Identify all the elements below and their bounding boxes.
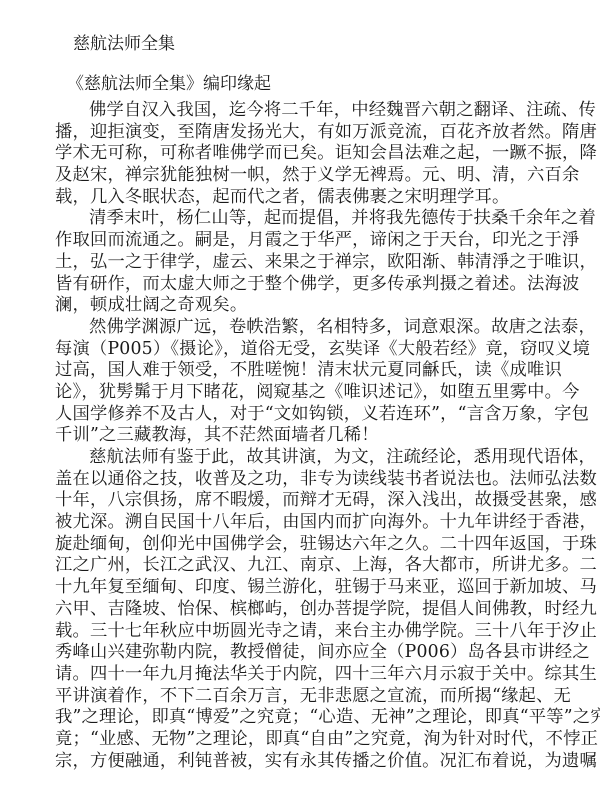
text-line: 竟；“业感、无物”之理论，即真“自由”之究竟，洵为针对时代，不悖正 <box>55 729 600 751</box>
text-line: 论》，犹髣髴于月下睹花，阅窥基之《唯识述记》，如堕五里雾中。今 <box>55 382 600 404</box>
text-line: 旋赴缅甸，创仰光中国佛学会，驻锡达六年之久。二十四年返国，于珠 <box>55 534 600 556</box>
text-line: 土，弘一之于律学，虚云、来果之于禅宗，欧阳渐、韩清淨之于唯识， <box>55 252 600 274</box>
text-line: 澜，顿成壮阔之奇观矣。 <box>55 295 600 317</box>
body-text: 佛学自汉入我国，迄今将二千年，中经魏晋六朝之翻译、注疏、传播，迎拒演变，至隋唐发… <box>55 100 600 772</box>
text-line: 秀峰山兴建弥勒内院，教授僧徒，间亦应全（P006）岛各县市讲经之 <box>55 642 600 664</box>
text-line: 请。四十一年九月掩法华关于内院，四十三年六月示寂于关中。综其生 <box>55 664 600 686</box>
text-line: 载。三十七年秋应中坜圆光寺之请，来台主办佛学院。三十八年于汐止 <box>55 621 600 643</box>
text-line: 盖在以通俗之技，收普及之功，非专为读线装书者说法也。法师弘法数 <box>55 469 600 491</box>
text-line: 我”之理论，即真“博爱”之究竟；“心造、无神”之理论，即真“平等”之究 <box>55 707 600 729</box>
paragraph-first-line: 然佛学渊源广远，卷帙浩繁，名相特多，词意艰深。故唐之法泰， <box>55 317 600 339</box>
text-line: 及赵宋，禅宗犹能独树一帜，然于义学无裨焉。元、明、清，六百余 <box>55 165 600 187</box>
document-page: 慈航法师全集 《慈航法师全集》编印缘起 佛学自汉入我国，迄今将二千年，中经魏晋六… <box>0 0 600 800</box>
paragraph-first-line: 慈航法师有鉴于此，故其讲演，为文，注疏经论，悉用现代语体， <box>55 447 600 469</box>
text-line: 十九年复至缅甸、印度、锡兰游化，驻锡于马来亚，巡回于新加坡、马 <box>55 577 600 599</box>
book-title: 慈航法师全集 <box>73 33 175 55</box>
text-line: 载，几入冬眠状态，起而代之者，儒表佛裹之宋明理学耳。 <box>55 187 600 209</box>
text-line: 六甲、吉隆坡、怡保、槟榔屿，创办菩提学院，提倡人间佛教，时经九 <box>55 599 600 621</box>
text-line: 被尤深。溯自民国十八年后，由国内而扩向海外。十九年讲经于香港， <box>55 512 600 534</box>
text-line: 每演（P005）《摄论》，道俗无受，玄奘译《大般若经》竟，窃叹义境 <box>55 339 600 361</box>
text-line: 平讲演着作，不下二百余万言，无非悲愿之宣流，而所揭“缘起、无 <box>55 686 600 708</box>
paragraph-first-line: 清季末叶，杨仁山等，起而提倡，并将我先德传于扶桑千余年之着 <box>55 208 600 230</box>
text-line: 人国学修养不及古人，对于“文如钩锁，义若连环”，“言含万象，字包 <box>55 404 600 426</box>
text-line: 过高，国人难于领受，不胜嗟惋！清末状元夏同龢氏，读《成唯识 <box>55 360 600 382</box>
text-line: 江之广州，长江之武汉、九江、南京、上海，各大都市，所讲尤多。二 <box>55 555 600 577</box>
text-line: 学术无可称，可称者唯佛学而已矣。讵知会昌法难之起，一蹶不振，降 <box>55 143 600 165</box>
text-line: 皆有研作，而太虚大师之于整个佛学，更多传承判摄之着述。法海波 <box>55 274 600 296</box>
text-line: 播，迎拒演变，至隋唐发扬光大，有如万派竞流，百花齐放者然。隋唐 <box>55 122 600 144</box>
paragraph-first-line: 佛学自汉入我国，迄今将二千年，中经魏晋六朝之翻译、注疏、传 <box>55 100 600 122</box>
text-line: 千训”之三藏教海，其不茫然面墙者几稀！ <box>55 425 600 447</box>
text-line: 十年，八宗俱扬，席不暇煖，而辩才无碍，深入浅出，故摄受甚衆，感 <box>55 490 600 512</box>
text-line: 作取回而流通之。嗣是，月霞之于华严，谛闲之于天台，印光之于淨 <box>55 230 600 252</box>
chapter-title: 《慈航法师全集》编印缘起 <box>67 73 271 95</box>
text-line: 宗，方便融通，利钝普被，实有永其传播之价值。况汇布着说，为遗嘱 <box>55 751 600 773</box>
